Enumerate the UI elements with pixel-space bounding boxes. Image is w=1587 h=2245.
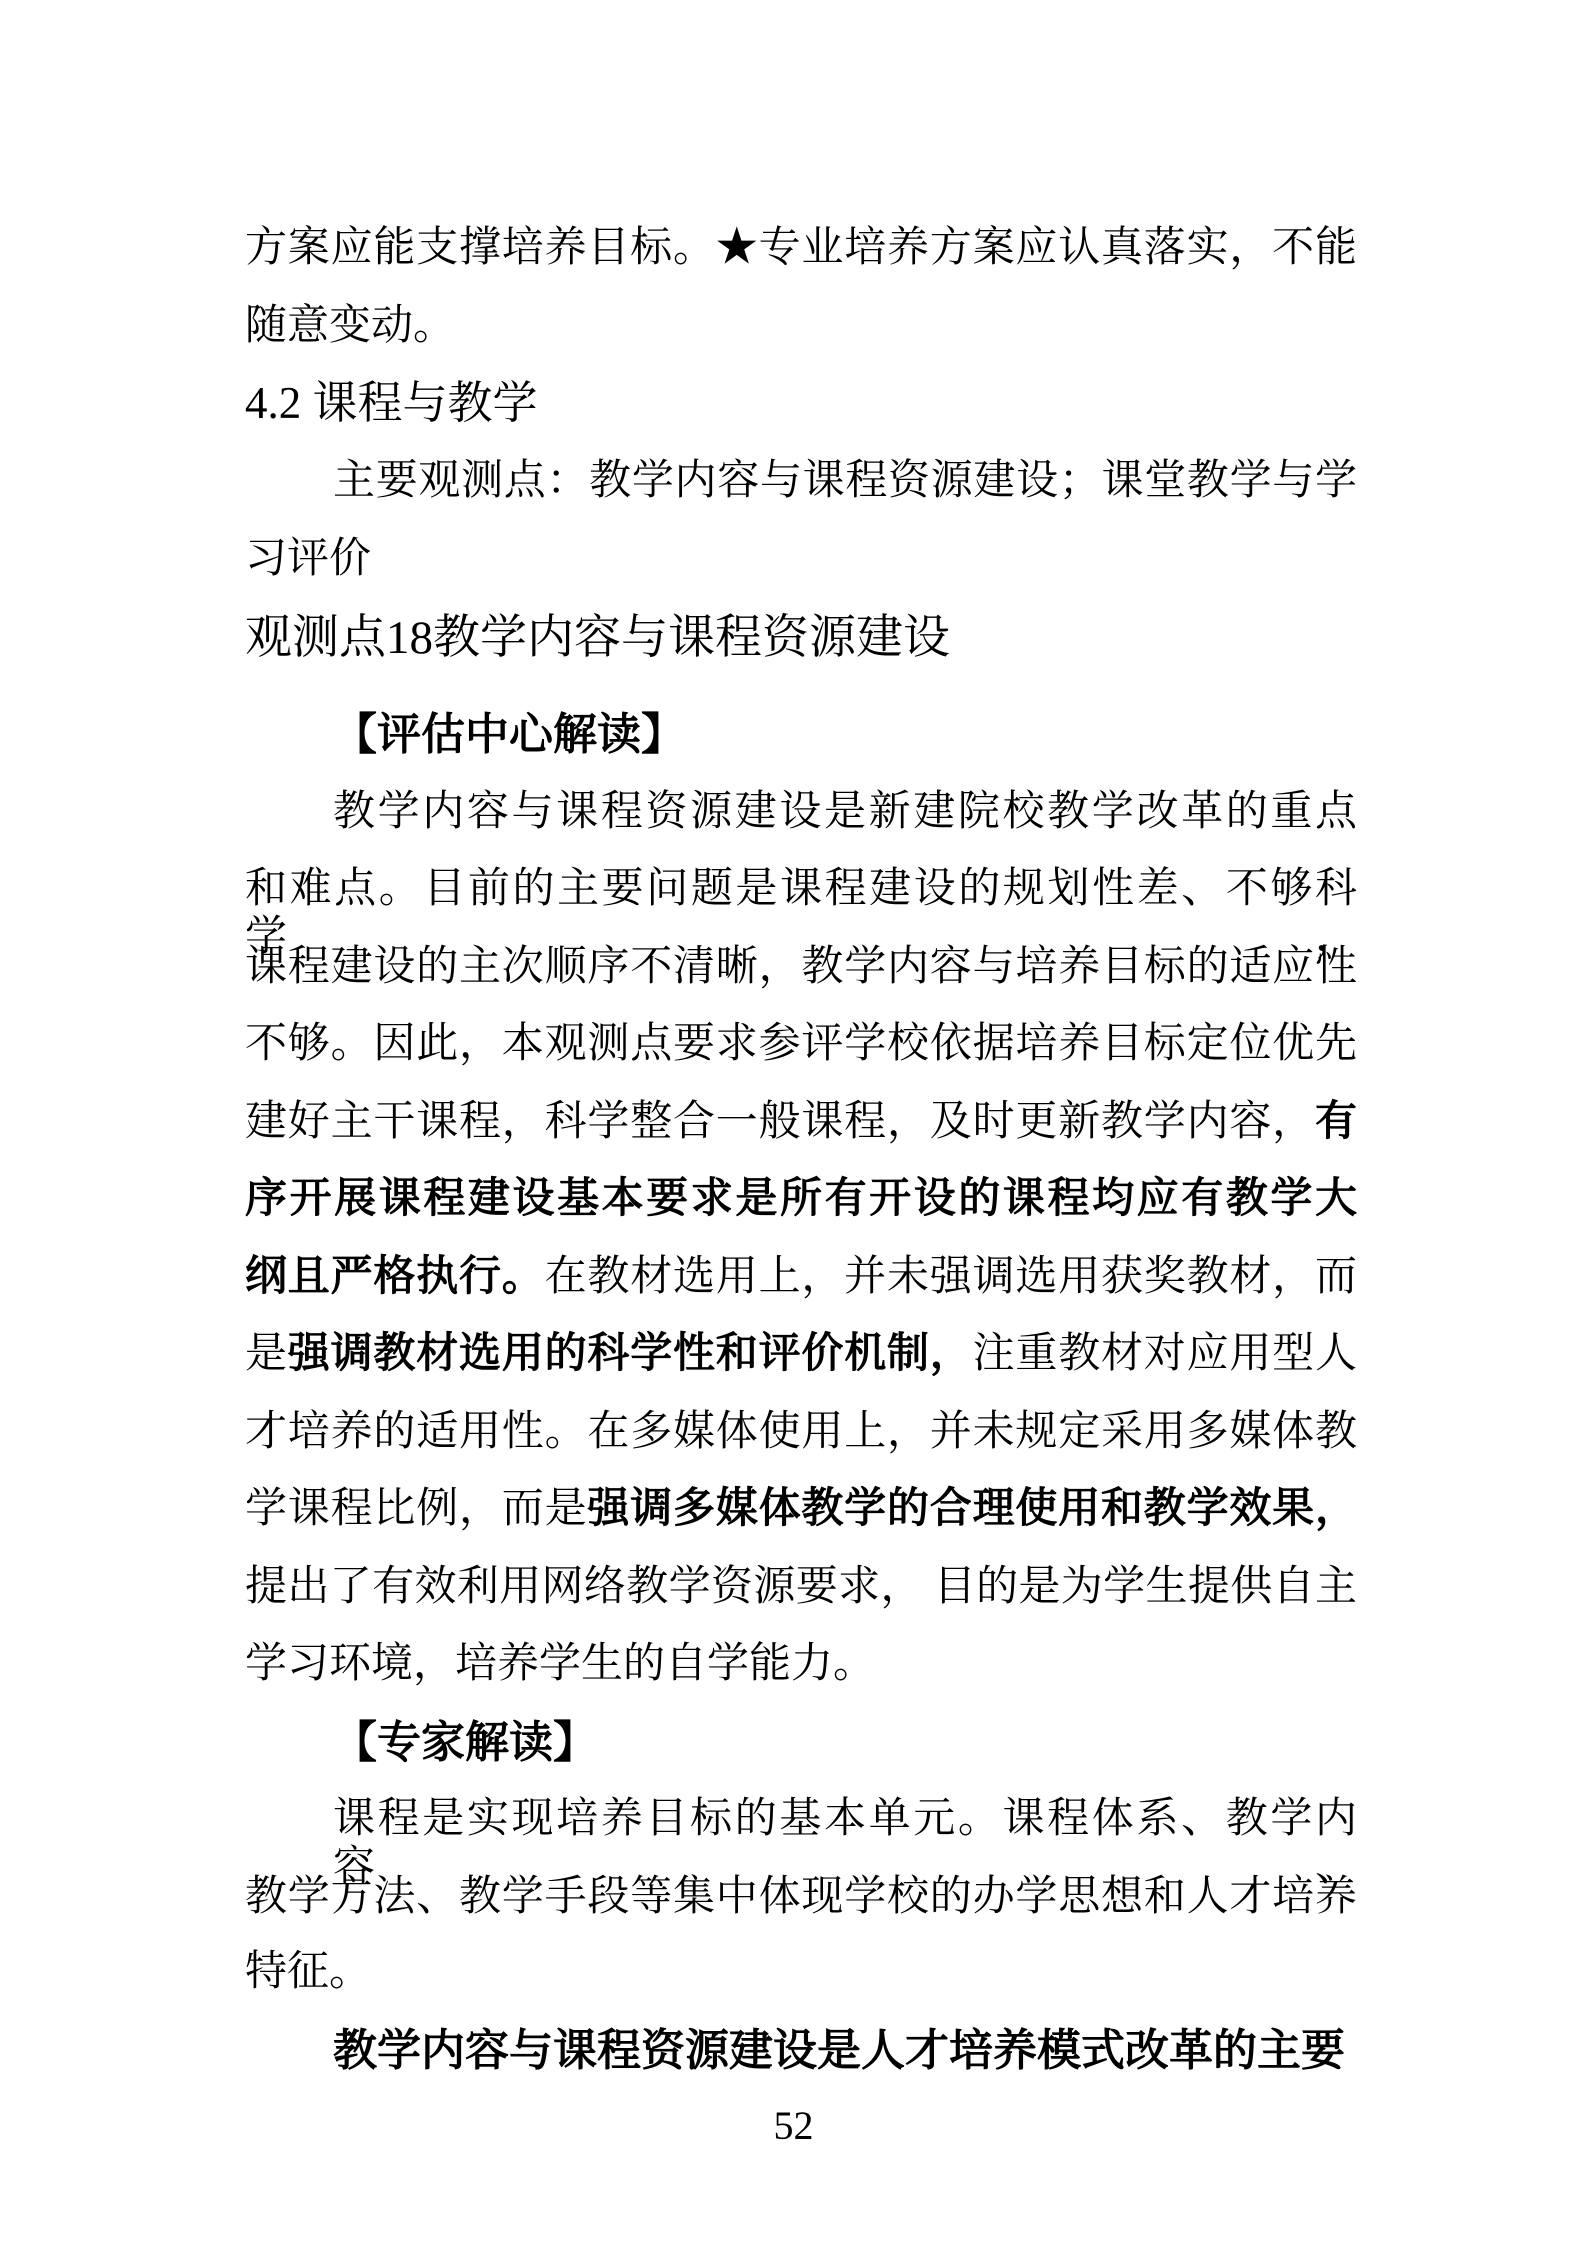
body-line: 纲且严格执行。在教材选用上，并未强调选用获奖教材，而 [245,1253,1357,1301]
emphasis-text: 序开展课程建设基本要求是所有开设的课程均应有教学大 [245,1176,1357,1222]
body-text: 是 [245,1331,288,1377]
body-line: 建好主干课程，科学整合一般课程，及时更新教学内容，有 [245,1098,1357,1146]
body-line: 方案应能支撑培养目标。★专业培养方案应认真落实，不能 [245,224,1357,272]
emphasis-text: 有 [1315,1099,1357,1145]
body-text: 建好主干课程，科学整合一般课程，及时更新教学内容， [245,1099,1315,1145]
body-line: 随意变动。 [245,302,1357,350]
subsection-heading-point-18: 观测点18教学内容与课程资源建设 [245,611,1357,665]
body-line: 课程建设的主次顺序不清晰，教学内容与培养目标的适应性 [245,943,1357,991]
document-page: 方案应能支撑培养目标。★专业培养方案应认真落实，不能 随意变动。 4.2 课程与… [0,0,1587,2245]
body-line: 特征。 [245,1948,1357,1996]
bracket-heading-expert-interpretation: 【专家解读】 [333,1718,1357,1769]
body-line: 才培养的适用性。在多媒体使用上，并未规定采用多媒体教 [245,1408,1357,1456]
body-line: 序开展课程建设基本要求是所有开设的课程均应有教学大 [245,1175,1357,1223]
body-line: 习评价 [245,535,1357,583]
section-heading-4-2: 4.2 课程与教学 [245,378,1357,430]
body-text: 在教材选用上，并未强调选用获奖教材，而 [545,1254,1357,1300]
closing-emphasis-line: 教学内容与课程资源建设是人才培养模式改革的主要 [333,2026,1357,2077]
body-line: 教学方法、教学手段等集中体现学校的办学思想和人才培养 [245,1873,1357,1921]
emphasis-text: 纲且严格执行。 [245,1254,545,1300]
emphasis-text: 强调多媒体教学的合理使用和教学效果， [587,1486,1357,1532]
body-line: 是强调教材选用的科学性和评价机制，注重教材对应用型人 [245,1330,1357,1378]
body-line: 学课程比例，而是强调多媒体教学的合理使用和教学效果， [245,1485,1357,1533]
bracket-heading-center-interpretation: 【评估中心解读】 [333,710,1357,761]
body-line: 教学内容与课程资源建设是新建院校教学改革的重点 [333,788,1357,836]
body-text: 注重教材对应用型人 [973,1331,1357,1377]
body-line: 学习环境，培养学生的自学能力。 [245,1640,1357,1688]
body-text: 学课程比例，而是 [245,1486,587,1532]
body-line-observation-points: 主要观测点：教学内容与课程资源建设；课堂教学与学 [333,457,1357,505]
page-number: 52 [0,2102,1587,2149]
body-line: 不够。因此，本观测点要求参评学校依据培养目标定位优先 [245,1020,1357,1068]
emphasis-text: 强调教材选用的科学性和评价机制， [288,1331,973,1377]
body-line: 提出了有效利用网络教学资源要求， 目的是为学生提供自主 [245,1563,1357,1611]
